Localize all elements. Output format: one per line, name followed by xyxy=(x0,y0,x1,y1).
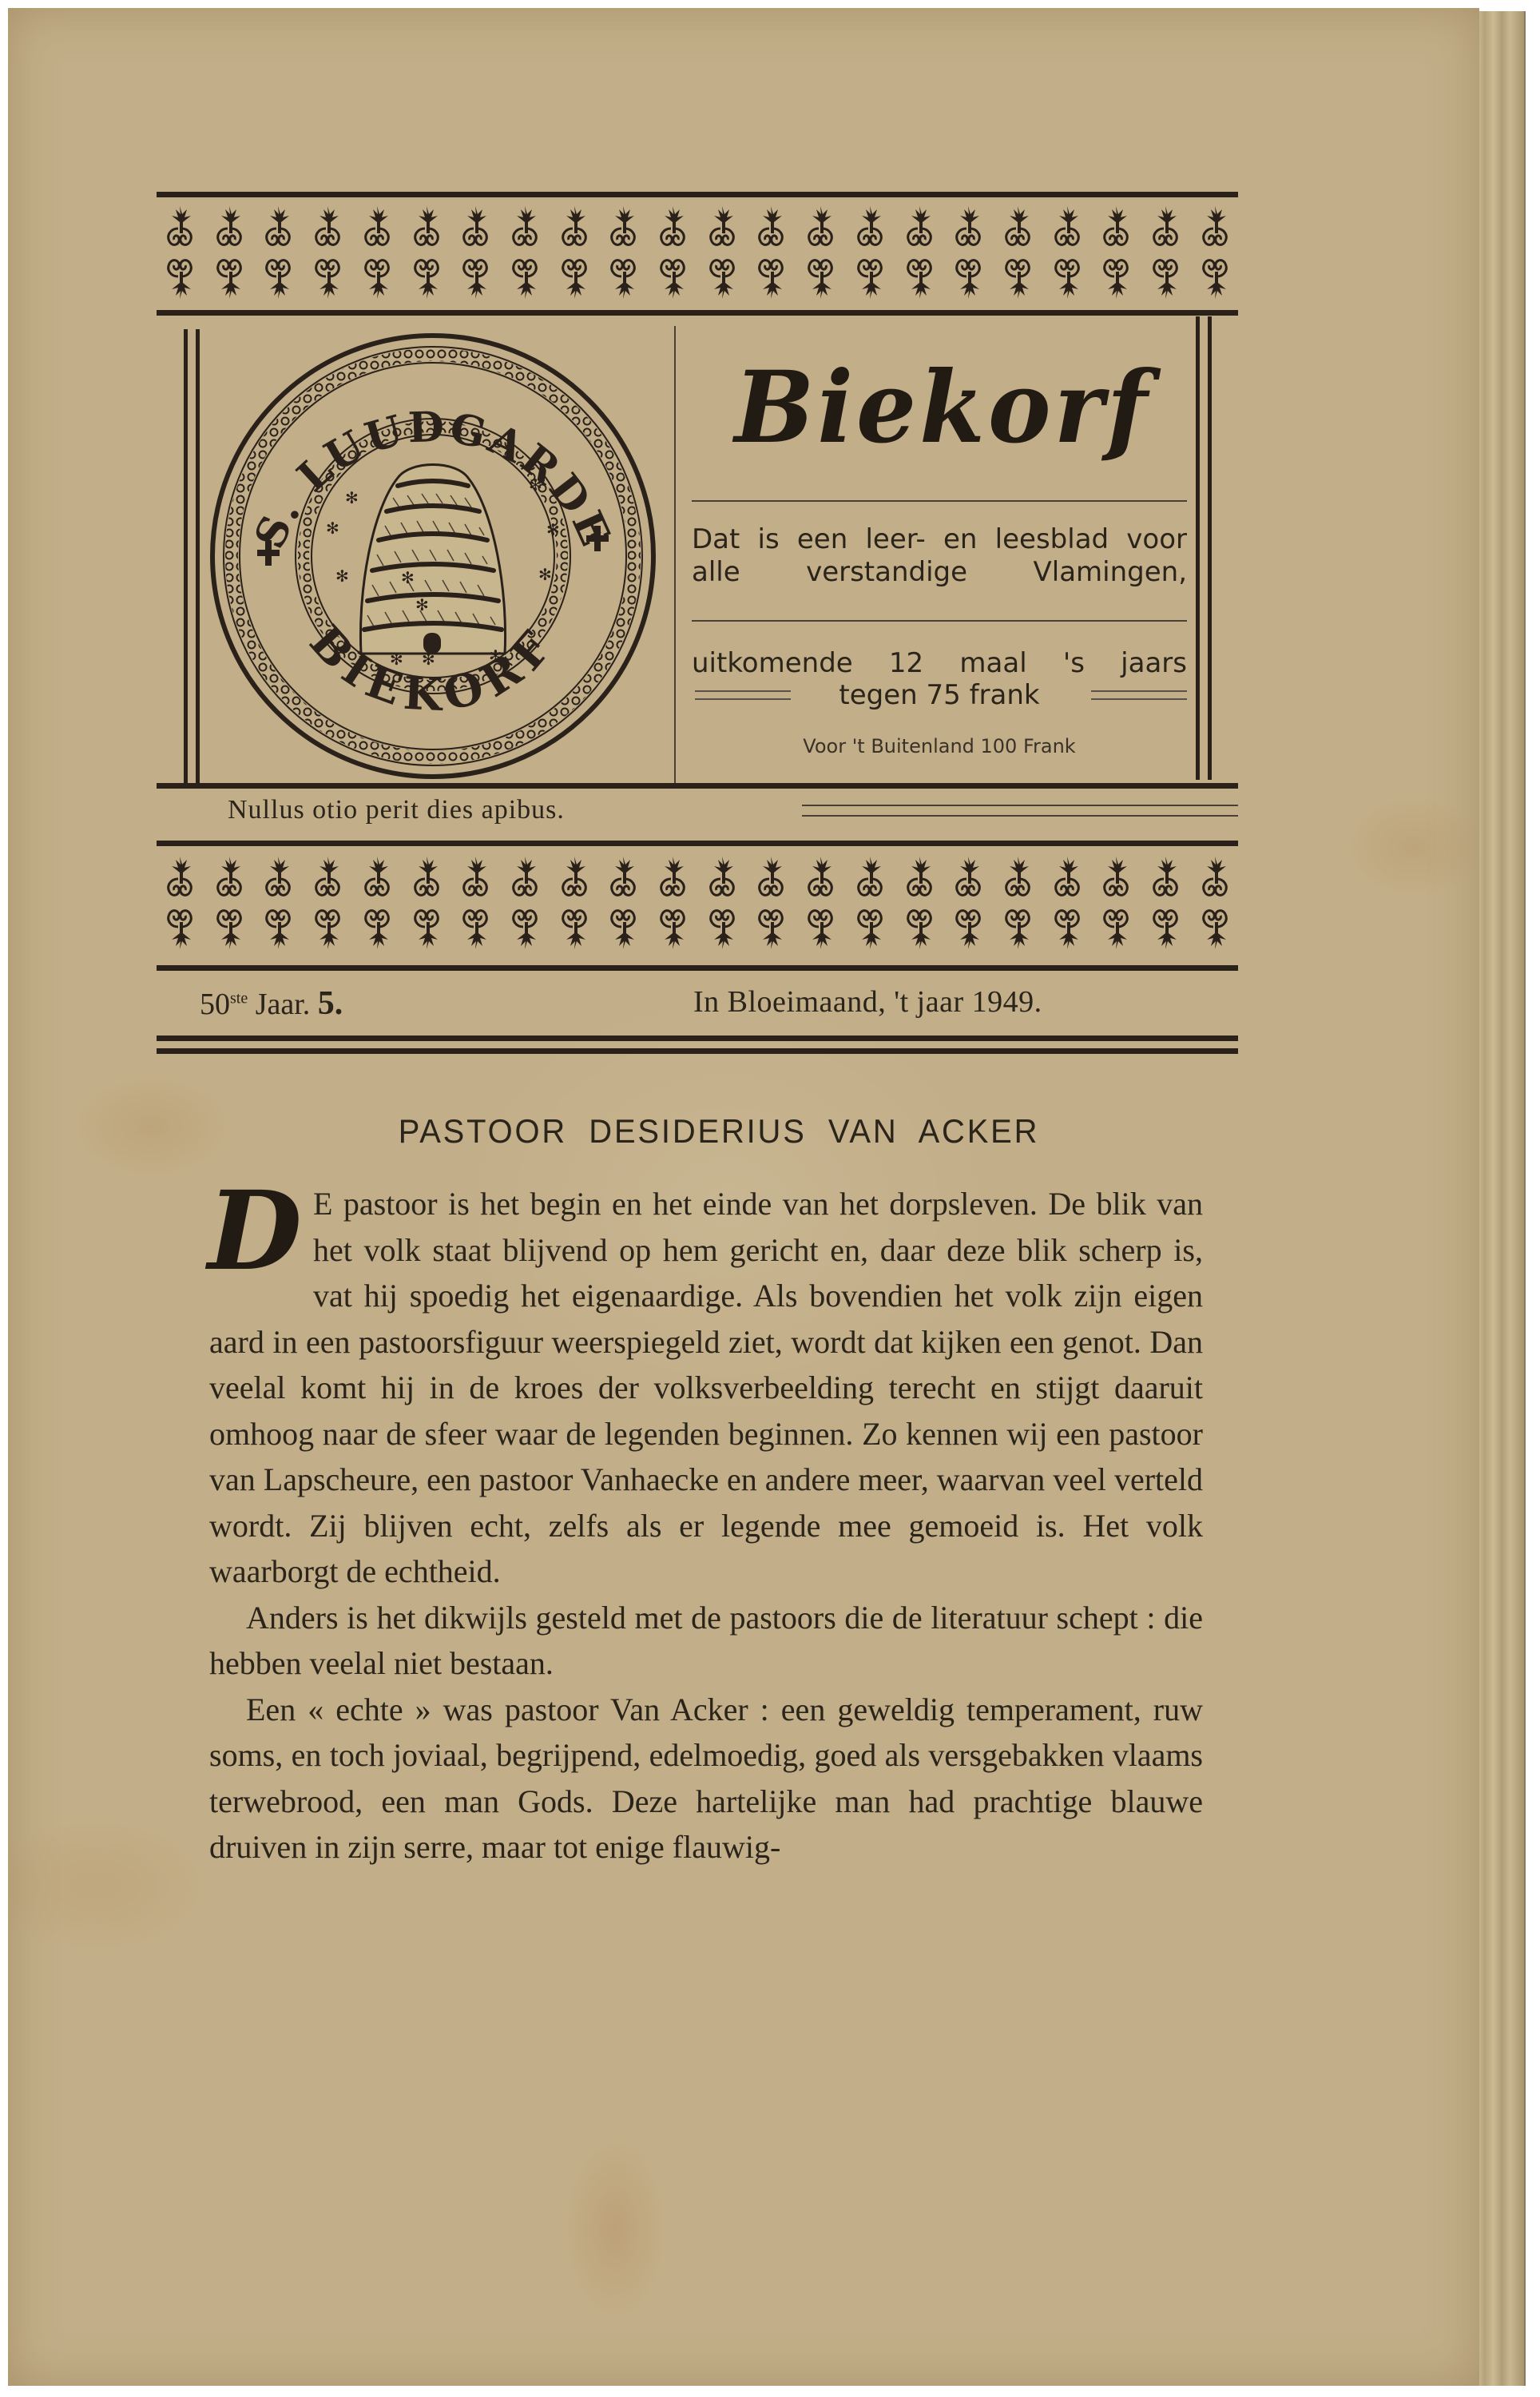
fleuron-ornament-icon xyxy=(354,205,400,251)
ornament-row xyxy=(157,904,1238,951)
ornament-row xyxy=(157,254,1238,300)
fleuron-ornament-icon xyxy=(600,855,646,901)
fleuron-ornament-icon xyxy=(1192,205,1238,251)
fleuron-ornament-icon xyxy=(1044,205,1090,251)
fleuron-ornament-icon xyxy=(255,855,301,901)
svg-text:✻: ✻ xyxy=(546,520,560,539)
fleuron-ornament-icon xyxy=(551,904,597,951)
motto-double-rule-bottom xyxy=(802,815,1238,817)
fleuron-ornament-icon xyxy=(699,904,745,951)
fleuron-ornament-icon xyxy=(206,904,252,951)
fleuron-ornament-icon xyxy=(1142,855,1189,901)
right-double-rule-outer xyxy=(1196,316,1200,780)
title-underline-rule xyxy=(692,500,1187,502)
fleuron-ornament-icon xyxy=(748,205,794,251)
ornament-band-top xyxy=(157,205,1238,300)
fleuron-ornament-icon xyxy=(452,205,498,251)
article-paragraph-1: DE pastoor is het begin en het einde van… xyxy=(209,1181,1203,1595)
fleuron-ornament-icon xyxy=(994,904,1041,951)
left-double-rule-inner xyxy=(196,329,200,783)
latin-motto: Nullus otio perit dies apibus. xyxy=(228,795,565,825)
fleuron-ornament-icon xyxy=(304,254,351,300)
fleuron-ornament-icon xyxy=(1142,205,1189,251)
fleuron-ornament-icon xyxy=(157,855,203,901)
fleuron-ornament-icon xyxy=(551,855,597,901)
fleuron-ornament-icon xyxy=(1093,904,1139,951)
svg-text:✻: ✻ xyxy=(326,519,339,538)
fleuron-ornament-icon xyxy=(551,254,597,300)
fleuron-ornament-icon xyxy=(255,254,301,300)
volume-suffix: ste xyxy=(230,989,248,1007)
fleuron-ornament-icon xyxy=(304,904,351,951)
fleuron-ornament-icon xyxy=(847,205,893,251)
svg-text:✻: ✻ xyxy=(415,595,429,614)
fleuron-ornament-icon xyxy=(403,904,450,951)
fleuron-ornament-icon xyxy=(994,205,1041,251)
fleuron-ornament-icon xyxy=(354,254,400,300)
fleuron-ornament-icon xyxy=(1044,904,1090,951)
article-paragraph-3: Een « echte » was pastoor Van Acker : ee… xyxy=(209,1687,1203,1870)
fleuron-ornament-icon xyxy=(797,205,843,251)
svg-text:✻: ✻ xyxy=(401,568,415,587)
fleuron-ornament-icon xyxy=(304,855,351,901)
issue-number: 5. xyxy=(318,985,343,1022)
fleuron-ornament-icon xyxy=(945,855,991,901)
article-paragraph-2: Anders is het dikwijls gesteld met de pa… xyxy=(209,1595,1203,1687)
tagline-line-1: Dat is een leer- en leesblad voor xyxy=(692,523,1187,556)
right-double-rule-inner xyxy=(1208,316,1212,780)
article-title: PASTOOR DESIDERIUS VAN ACKER xyxy=(226,1112,1213,1151)
top-rule xyxy=(157,192,1238,197)
fleuron-ornament-icon xyxy=(1093,855,1139,901)
decorative-double-line-right xyxy=(1091,690,1187,700)
fleuron-ornament-icon xyxy=(649,904,696,951)
left-double-rule-outer xyxy=(184,329,188,783)
fleuron-ornament-icon xyxy=(600,254,646,300)
svg-text:✻: ✻ xyxy=(345,488,359,507)
fleuron-ornament-icon xyxy=(847,855,893,901)
svg-text:✻: ✻ xyxy=(529,475,542,495)
fleuron-ornament-icon xyxy=(157,904,203,951)
fleuron-ornament-icon xyxy=(699,205,745,251)
ornament-row xyxy=(157,855,1238,901)
issue-date: In Bloeimaand, 't jaar 1949. xyxy=(693,984,1042,1020)
drop-cap: D xyxy=(208,1187,302,1275)
ornament-bottom-rule xyxy=(157,310,1238,316)
svg-text:✻: ✻ xyxy=(422,650,435,669)
fleuron-ornament-icon xyxy=(847,254,893,300)
header-box-bottom-rule xyxy=(157,783,1238,789)
ornament-row xyxy=(157,205,1238,251)
volume-number: 50 xyxy=(200,988,230,1021)
fleuron-ornament-icon xyxy=(649,254,696,300)
sint-luudgarde-seal-logo: S. LUUDGARDE BIEKORF xyxy=(201,326,665,781)
fleuron-ornament-icon xyxy=(452,254,498,300)
fleuron-ornament-icon xyxy=(945,254,991,300)
fleuron-ornament-icon xyxy=(748,855,794,901)
fleuron-ornament-icon xyxy=(896,205,943,251)
fleuron-ornament-icon xyxy=(502,904,548,951)
fleuron-ornament-icon xyxy=(502,855,548,901)
fleuron-ornament-icon xyxy=(206,205,252,251)
fleuron-ornament-icon xyxy=(847,904,893,951)
fleuron-ornament-icon xyxy=(206,855,252,901)
fleuron-ornament-icon xyxy=(748,254,794,300)
fleuron-ornament-icon xyxy=(699,254,745,300)
fleuron-ornament-icon xyxy=(699,855,745,901)
fleuron-ornament-icon xyxy=(354,904,400,951)
fleuron-ornament-icon xyxy=(403,855,450,901)
fleuron-ornament-icon xyxy=(896,254,943,300)
paragraph-1-text: E pastoor is het begin en het einde van … xyxy=(209,1186,1203,1589)
fleuron-ornament-icon xyxy=(649,855,696,901)
fleuron-ornament-icon xyxy=(206,254,252,300)
fleuron-ornament-icon xyxy=(797,855,843,901)
fleuron-ornament-icon xyxy=(157,254,203,300)
svg-text:✻: ✻ xyxy=(335,566,349,586)
fleuron-ornament-icon xyxy=(1044,855,1090,901)
subscription-price-row: tegen 75 frank xyxy=(692,679,1187,711)
issue-volume: 50ste Jaar. 5. xyxy=(200,984,343,1023)
fleuron-ornament-icon xyxy=(945,205,991,251)
fleuron-ornament-icon xyxy=(994,855,1041,901)
fleuron-ornament-icon xyxy=(600,205,646,251)
subscription-frequency: uitkomende 12 maal 's jaars xyxy=(692,647,1187,679)
subscription-price: tegen 75 frank xyxy=(839,679,1039,711)
fleuron-ornament-icon xyxy=(1192,855,1238,901)
fleuron-ornament-icon xyxy=(797,904,843,951)
fleuron-ornament-icon xyxy=(304,205,351,251)
motto-double-rule-top xyxy=(802,805,1238,806)
center-divider xyxy=(674,326,676,783)
fleuron-ornament-icon xyxy=(452,904,498,951)
fleuron-ornament-icon xyxy=(1044,254,1090,300)
fleuron-ornament-icon xyxy=(994,254,1041,300)
beehive-seal-icon: S. LUUDGARDE BIEKORF xyxy=(201,326,665,781)
fleuron-ornament-icon xyxy=(600,904,646,951)
svg-text:✻: ✻ xyxy=(538,565,552,584)
fleuron-ornament-icon xyxy=(452,855,498,901)
fleuron-ornament-icon xyxy=(157,205,203,251)
fleuron-ornament-icon xyxy=(1093,205,1139,251)
abroad-price: Voor 't Buitenland 100 Frank xyxy=(692,735,1187,757)
fleuron-ornament-icon xyxy=(1142,904,1189,951)
tagline: Dat is een leer- en leesblad voor alle v… xyxy=(692,523,1187,589)
issue-bottom-rule-2 xyxy=(157,1048,1238,1054)
svg-text:✻: ✻ xyxy=(390,650,403,669)
fleuron-ornament-icon xyxy=(945,904,991,951)
fleuron-ornament-icon xyxy=(255,904,301,951)
motto-bottom-rule xyxy=(157,841,1238,846)
decorative-double-line-left xyxy=(695,690,791,700)
tagline-underline-rule xyxy=(692,620,1187,622)
volume-label: Jaar. xyxy=(248,988,318,1021)
ornament-band-bottom xyxy=(157,855,1238,951)
fleuron-ornament-icon xyxy=(1192,254,1238,300)
fleuron-ornament-icon xyxy=(748,904,794,951)
issue-top-rule xyxy=(157,965,1238,971)
fleuron-ornament-icon xyxy=(896,855,943,901)
fleuron-ornament-icon xyxy=(797,254,843,300)
fleuron-ornament-icon xyxy=(1093,254,1139,300)
subscription-info: uitkomende 12 maal 's jaars tegen 75 fra… xyxy=(692,647,1187,711)
fleuron-ornament-icon xyxy=(354,855,400,901)
fleuron-ornament-icon xyxy=(403,254,450,300)
svg-text:✻: ✻ xyxy=(489,646,502,666)
fleuron-ornament-icon xyxy=(255,205,301,251)
fleuron-ornament-icon xyxy=(896,904,943,951)
fleuron-ornament-icon xyxy=(1142,254,1189,300)
tagline-line-2: alle verstandige Vlamingen, xyxy=(692,556,1187,589)
article-body: DE pastoor is het begin en het einde van… xyxy=(209,1181,1203,1870)
fleuron-ornament-icon xyxy=(502,205,548,251)
fleuron-ornament-icon xyxy=(1192,904,1238,951)
fleuron-ornament-icon xyxy=(649,205,696,251)
issue-bottom-rule-1 xyxy=(157,1036,1238,1041)
fleuron-ornament-icon xyxy=(403,205,450,251)
magazine-title: Biekorf xyxy=(703,349,1182,466)
fleuron-ornament-icon xyxy=(551,205,597,251)
fleuron-ornament-icon xyxy=(502,254,548,300)
